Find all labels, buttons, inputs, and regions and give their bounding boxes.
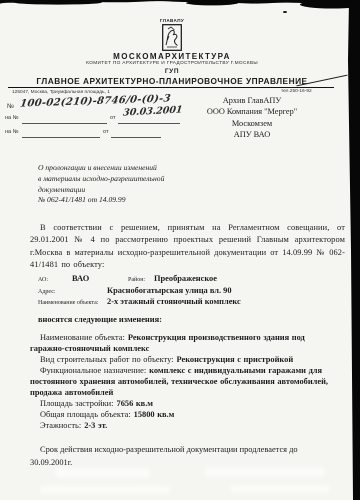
change-value: 15800 кв.м bbox=[134, 410, 175, 419]
reply-ref-blank-line bbox=[22, 122, 107, 124]
intro-paragraph: В соответствии с решением, принятым на Р… bbox=[30, 222, 345, 271]
ao-value: ВАО bbox=[72, 274, 128, 284]
change-label: Вид строительных работ по объекту: bbox=[40, 355, 173, 364]
reply-date-blank-line-2 bbox=[111, 136, 161, 138]
ref-number-label: № bbox=[7, 103, 14, 110]
change-label: Наименование объекта: bbox=[40, 333, 125, 342]
org-address: 125047, Москва, Триумфальная площадь, 1 bbox=[12, 90, 110, 95]
changes-intro: вносятся следующие изменения: bbox=[38, 314, 345, 326]
object-name-value: 2-х этажный стояночный комплекс bbox=[107, 297, 241, 307]
district-value: Преображенское bbox=[154, 274, 217, 284]
subject-line: № 062-41/1481 от 14.09.99 bbox=[38, 195, 164, 206]
recipient-line: Москомзем bbox=[188, 118, 316, 129]
org-name: МОСКОМАРХИТЕКТУРА bbox=[0, 52, 344, 61]
stamp-ghost bbox=[55, 468, 150, 478]
letter-body: В соответствии с решением, принятым на Р… bbox=[30, 222, 345, 477]
stamp-ghost bbox=[230, 485, 330, 493]
reply-ref-blank-line-2 bbox=[22, 136, 100, 138]
org-type: ГУП bbox=[0, 68, 344, 75]
recipient-line: АПУ ВАО bbox=[188, 129, 316, 140]
changes-list: Наименование объекта:Реконструкция произ… bbox=[30, 332, 333, 431]
change-label: Этажность: bbox=[40, 421, 81, 430]
recipients-list: Архив ГлавАПУ ООО Компания "Мергер" Моск… bbox=[188, 95, 316, 141]
subject-line: документации bbox=[38, 185, 164, 196]
closing-paragraph: Срок действия исходно-разрешительной док… bbox=[30, 444, 333, 469]
stamp-ghost bbox=[205, 467, 325, 477]
reply-date-blank-line bbox=[118, 122, 180, 124]
reply-date-label-2: от bbox=[103, 129, 108, 135]
subject-line: О пролонгации и внесении изменений bbox=[38, 163, 164, 174]
change-item: Вид строительных работ по объекту:Реконс… bbox=[30, 354, 333, 365]
object-info-row: Наименование объекта: 2-х этажный стояно… bbox=[30, 297, 345, 309]
change-value: 7656 кв.м bbox=[117, 399, 154, 408]
change-label: Площадь застройки: bbox=[40, 399, 114, 408]
object-info: АО: ВАО Район: Преображенское Адрес: Кра… bbox=[30, 274, 345, 309]
letterhead-rule bbox=[8, 87, 334, 88]
change-item: Общая площадь объекта:15800 кв.м bbox=[30, 409, 333, 420]
emblem-caption: ГЛАВАПУ bbox=[0, 18, 344, 23]
object-info-row: АО: ВАО Район: Преображенское bbox=[30, 274, 345, 286]
change-item: Этажность:2-3 эт. bbox=[30, 420, 333, 431]
stamp-ghost bbox=[40, 486, 170, 494]
department-name: ГЛАВНОЕ АРХИТЕКТУРНО-ПЛАНИРОВОЧНОЕ УПРАВ… bbox=[0, 76, 344, 86]
change-label: Общая площадь объекта: bbox=[40, 410, 131, 419]
scan-artifact-top-edge bbox=[0, 0, 360, 16]
change-value: Реконструкция с пристройкой bbox=[176, 355, 293, 364]
recipient-line: Архив ГлавАПУ bbox=[188, 95, 316, 106]
change-item: Функциональное назначение:комплекс с инд… bbox=[30, 365, 333, 398]
change-label: Функциональное назначение: bbox=[40, 366, 146, 375]
subject-block: О пролонгации и внесении изменений в мат… bbox=[38, 163, 164, 206]
scanned-letter-page: ГЛАВАПУ МОСКОМАРХИТЕКТУРА КОМИТЕТ ПО АРХ… bbox=[0, 0, 360, 500]
change-value: 2-3 эт. bbox=[84, 421, 107, 430]
object-name-label: Наименование объекта: bbox=[38, 299, 107, 309]
object-info-row: Адрес: Краснобогатырская улица вл. 90 bbox=[30, 286, 345, 298]
address-value: Краснобогатырская улица вл. 90 bbox=[107, 286, 232, 296]
address-label: Адрес: bbox=[38, 288, 107, 298]
scan-artifact-right-edge bbox=[346, 0, 360, 500]
ao-label: АО: bbox=[38, 276, 72, 286]
org-subtitle: КОМИТЕТ ПО АРХИТЕКТУРЕ И ГРАДОСТРОИТЕЛЬС… bbox=[0, 61, 344, 66]
moscow-coat-of-arms-icon bbox=[162, 24, 182, 51]
recipient-line: ООО Компания "Мергер" bbox=[188, 106, 316, 117]
reply-date-handwritten: 30.03.2001 bbox=[122, 104, 183, 118]
subject-line: в материалы исходно-разрешительной bbox=[38, 174, 164, 185]
reply-ref-prefix-2: на № bbox=[5, 129, 19, 135]
reply-date-label: от bbox=[110, 115, 115, 121]
district-label: Район: bbox=[128, 276, 154, 286]
reply-ref-prefix: на № bbox=[5, 115, 19, 121]
change-item: Площадь застройки:7656 кв.м bbox=[30, 398, 333, 409]
org-phone: тел.250-16-92 bbox=[281, 89, 312, 94]
change-item: Наименование объекта:Реконструкция произ… bbox=[30, 332, 333, 354]
